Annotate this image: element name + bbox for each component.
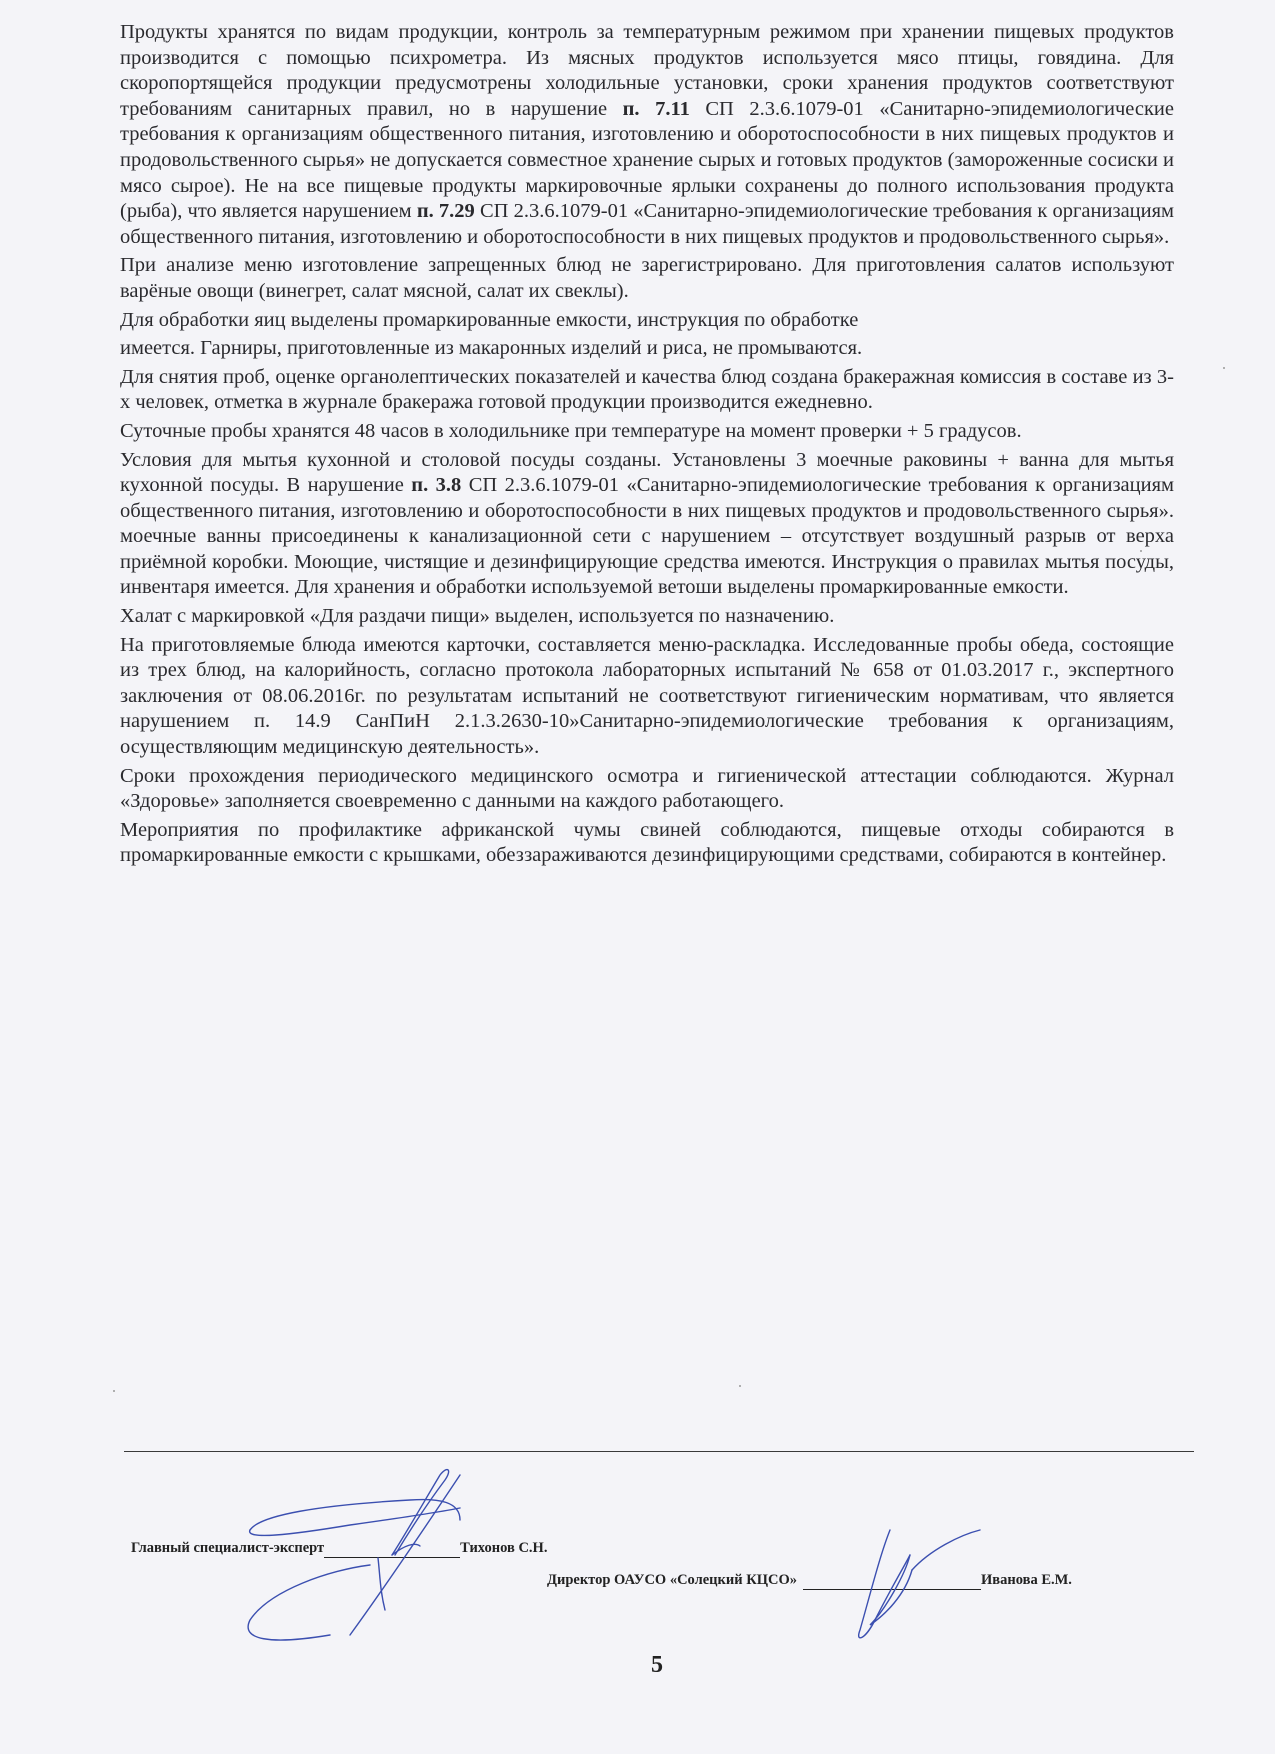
paragraph: Сроки прохождения периодического медицин… xyxy=(120,764,1174,815)
paragraph: Условия для мытья кухонной и столовой по… xyxy=(120,448,1174,602)
document-page: Продукты хранятся по видам продукции, ко… xyxy=(0,0,1275,1754)
paragraph-text: На приготовляемые блюда имеются карточки… xyxy=(120,634,1174,758)
page-number: 5 xyxy=(651,1652,663,1679)
scan-speck xyxy=(739,1385,741,1387)
signature-blank xyxy=(324,1540,460,1558)
paragraph: Халат с маркировкой «Для раздачи пищи» в… xyxy=(120,604,1174,630)
paragraph: При анализе меню изготовление запрещенны… xyxy=(120,253,1174,304)
paragraph: Продукты хранятся по видам продукции, ко… xyxy=(120,20,1174,250)
regulation-reference: п. 7.29 xyxy=(417,200,475,222)
signature-blank xyxy=(803,1572,981,1590)
scan-speck xyxy=(1140,550,1142,552)
paragraph-text: имеется. Гарниры, приготовленные из мака… xyxy=(120,337,862,359)
scan-speck xyxy=(113,1390,115,1392)
paragraph-text: Для обработки яиц выделены промаркирован… xyxy=(120,309,858,331)
signature-divider xyxy=(124,1451,1194,1452)
paragraph: Суточные пробы хранятся 48 часов в холод… xyxy=(120,419,1174,445)
paragraph-text: Сроки прохождения периодического медицин… xyxy=(120,765,1174,813)
paragraph: Мероприятия по профилактике африканской … xyxy=(120,818,1174,869)
scan-speck xyxy=(1223,367,1225,369)
paragraph-text: При анализе меню изготовление запрещенны… xyxy=(120,254,1174,302)
regulation-reference: п. 3.8 xyxy=(411,474,461,496)
signature-line-director: Директор ОАУСО «Солецкий КЦСО» Иванова Е… xyxy=(547,1572,1072,1590)
paragraph: Для снятия проб, оценке органолептически… xyxy=(120,365,1174,416)
paragraph: Для обработки яиц выделены промаркирован… xyxy=(120,308,1174,334)
paragraph-text: Для снятия проб, оценке органолептически… xyxy=(120,366,1174,414)
paragraph-text: Суточные пробы хранятся 48 часов в холод… xyxy=(120,420,1022,442)
signer2-name: Иванова Е.М. xyxy=(981,1572,1072,1588)
signature-line-chief-specialist: Главный специалист-эксперт Тихонов С.Н. xyxy=(131,1540,547,1558)
paragraph: имеется. Гарниры, приготовленные из мака… xyxy=(120,336,1174,362)
signer1-title: Главный специалист-эксперт xyxy=(131,1540,324,1556)
signer1-name: Тихонов С.Н. xyxy=(460,1540,547,1556)
paragraph-text: Халат с маркировкой «Для раздачи пищи» в… xyxy=(120,605,834,627)
document-body: Продукты хранятся по видам продукции, ко… xyxy=(120,20,1174,872)
signer2-title: Директор ОАУСО «Солецкий КЦСО» xyxy=(547,1572,797,1588)
paragraph: На приготовляемые блюда имеются карточки… xyxy=(120,633,1174,761)
paragraph-text: Мероприятия по профилактике африканской … xyxy=(120,819,1174,867)
regulation-reference: п. 7.11 xyxy=(623,98,690,120)
